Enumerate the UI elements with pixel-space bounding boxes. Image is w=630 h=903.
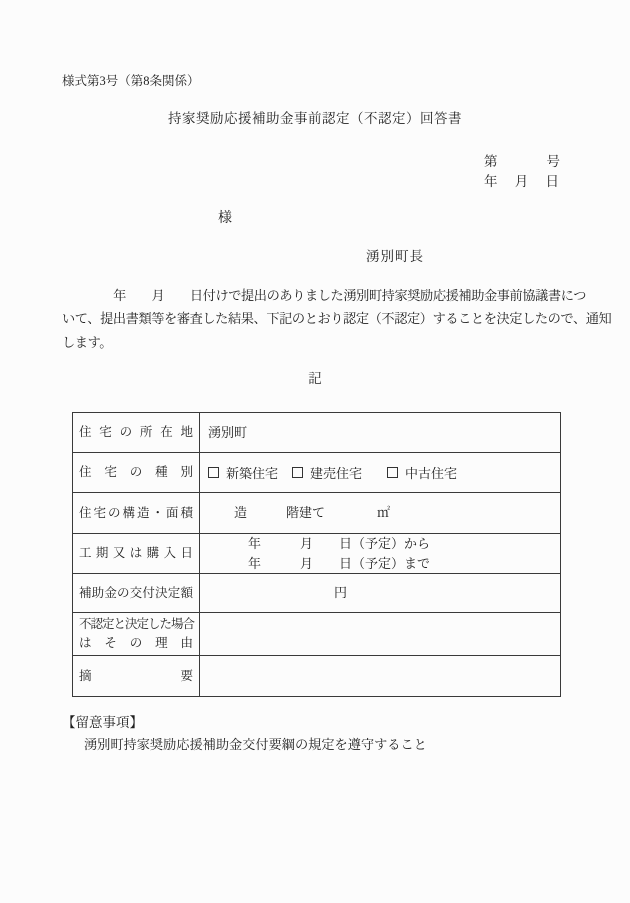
option-label: 中古住宅 <box>405 463 457 482</box>
location-value: 湧別町 <box>208 423 560 443</box>
row-label: 補助金の交付決定額 <box>79 584 193 603</box>
date-line: 年 月 日 <box>484 170 559 190</box>
doc-number-suffix: 号 <box>547 150 561 170</box>
row-label-cell: 住宅の構造・面積 <box>73 493 200 533</box>
response-form-table: 住宅の所在地 湧別町 住宅の種別 新築住宅 建売住宅 <box>72 412 561 697</box>
option-label: 新築住宅 <box>226 463 278 482</box>
checkbox-pre-owned[interactable] <box>387 467 398 478</box>
row-value-cell: 湧別町 <box>200 413 560 452</box>
period-from-line: 年 月 日（予定）から <box>248 534 560 554</box>
document-page: 様式第3号（第8条関係） 持家奨励応援補助金事前認定（不認定）回答書 第 号 年… <box>0 0 630 903</box>
document-number-line: 第 号 <box>484 150 560 170</box>
row-label: 住宅の種別 <box>79 463 193 482</box>
addressee-suffix: 様 <box>218 207 232 227</box>
section-marker-ki: 記 <box>0 367 630 387</box>
table-row-rejection-reason: 不認定と決定した場合 はその理由 <box>73 613 560 656</box>
row-value-cell: 年 月 日（予定）から 年 月 日（予定）まで <box>200 534 560 573</box>
period-to-line: 年 月 日（予定）まで <box>248 554 560 574</box>
row-label: 工期又は購入日 <box>79 544 193 563</box>
body-line: いて、提出書類等を審査した結果、下記のとおり認定（不認定）することを決定したので… <box>62 307 611 330</box>
notes-heading: 【留意事項】 <box>62 711 143 731</box>
table-row-period-or-purchase-date: 工期又は購入日 年 月 日（予定）から 年 月 日（予定）まで <box>73 534 560 574</box>
row-value-cell: 造 階建て ㎡ <box>200 493 560 533</box>
option-label: 建売住宅 <box>310 463 362 482</box>
row-label-cell: 補助金の交付決定額 <box>73 574 200 612</box>
row-label-cell: 摘要 <box>73 656 200 696</box>
form-number-note: 様式第3号（第8条関係） <box>62 71 200 89</box>
row-label-cell: 不認定と決定した場合 はその理由 <box>73 613 200 655</box>
body-line: 年 月 日付けで提出のありました湧別町持家奨励応援補助金事前協議書につ <box>62 284 611 307</box>
document-title: 持家奨励応援補助金事前認定（不認定）回答書 <box>0 107 630 127</box>
row-label-line: 不認定と決定した場合 <box>79 615 193 634</box>
row-label: 住宅の所在地 <box>79 423 193 442</box>
sender-title: 湧別町長 <box>366 245 424 265</box>
row-value-cell <box>200 613 560 655</box>
checkbox-new-build[interactable] <box>208 467 219 478</box>
table-row-remarks: 摘要 <box>73 656 560 696</box>
row-label: 摘要 <box>79 667 193 686</box>
option-ready-built: 建売住宅 <box>292 463 362 482</box>
row-label-line: はその理由 <box>79 634 193 653</box>
date-month-label: 月 <box>515 170 529 190</box>
table-row-structure-area: 住宅の構造・面積 造 階建て ㎡ <box>73 493 560 534</box>
option-pre-owned: 中古住宅 <box>387 463 457 482</box>
checkbox-ready-built[interactable] <box>292 467 303 478</box>
structure-area-value: 造 階建て ㎡ <box>208 503 560 523</box>
row-label: 住宅の構造・面積 <box>79 504 193 523</box>
table-row-housing-type: 住宅の種別 新築住宅 建売住宅 中古住宅 <box>73 453 560 493</box>
yen-unit-label: 円 <box>334 583 560 603</box>
row-label-cell: 住宅の種別 <box>73 453 200 492</box>
row-value-cell: 新築住宅 建売住宅 中古住宅 <box>200 453 560 492</box>
date-year-label: 年 <box>484 170 498 190</box>
doc-number-prefix: 第 <box>484 150 498 170</box>
row-label-cell: 住宅の所在地 <box>73 413 200 452</box>
housing-type-options: 新築住宅 建売住宅 中古住宅 <box>208 463 560 482</box>
row-label-cell: 工期又は購入日 <box>73 534 200 573</box>
notes-item: 湧別町持家奨励応援補助金交付要綱の規定を遵守すること <box>84 734 427 753</box>
row-value-cell <box>200 656 560 696</box>
option-new-build: 新築住宅 <box>208 463 278 482</box>
table-row-grant-amount: 補助金の交付決定額 円 <box>73 574 560 613</box>
table-row-location: 住宅の所在地 湧別町 <box>73 413 560 453</box>
body-line: します。 <box>62 331 611 354</box>
date-day-label: 日 <box>546 170 560 190</box>
row-value-cell: 円 <box>200 574 560 612</box>
body-paragraph: 年 月 日付けで提出のありました湧別町持家奨励応援補助金事前協議書につ いて、提… <box>62 284 611 354</box>
